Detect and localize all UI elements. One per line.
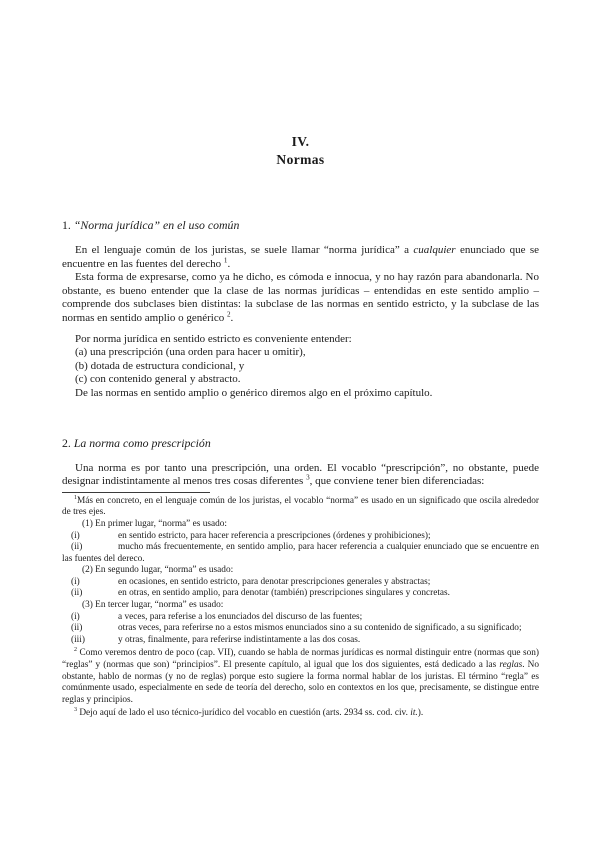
chapter-title: Normas — [62, 151, 539, 169]
list-line: (b) dotada de estructura condicional, y — [62, 360, 539, 374]
footnote-sub-heading: (3) En tercer lugar, “norma” es usado: — [62, 600, 539, 612]
footnote: 3 Dejo aquí de lado el uso técnico-juríd… — [62, 708, 539, 720]
footnote-item-marker: (iii) — [71, 635, 118, 647]
footnote-sub-heading: (2) En segundo lugar, “norma” es usado: — [62, 565, 539, 577]
footnote-sub-item: (ii)otras veces, para referirse no a est… — [62, 623, 539, 635]
footnotes: 1Más en concreto, en el lenguaje común d… — [62, 496, 539, 720]
section-1-title: “Norma jurídica” en el uso común — [74, 218, 240, 232]
footnote-separator-rule — [62, 492, 210, 493]
footnote-reference: 2 — [74, 647, 77, 653]
footnote-sub-item: (iii)y otras, finalmente, para referirse… — [62, 635, 539, 647]
emphasized-text: reglas — [499, 660, 522, 670]
section-1-heading: 1.“Norma jurídica” en el uso común — [62, 218, 539, 232]
page-content: IV. Normas 1.“Norma jurídica” en el uso … — [62, 0, 539, 720]
section-1-number: 1. — [62, 218, 71, 232]
footnote-reference: 1 — [224, 256, 228, 264]
footnote-item-marker: (i) — [71, 577, 118, 589]
section-2-heading: 2.La norma como prescripción — [62, 436, 539, 450]
footnote-item-marker: (ii) — [71, 542, 118, 554]
footnote-item-marker: (ii) — [71, 588, 118, 600]
footnote: 2 Como veremos dentro de poco (cap. VII)… — [62, 648, 539, 706]
footnote-sub-item: (ii)mucho más frecuentemente, en sentido… — [62, 542, 539, 565]
footnote-reference: 3 — [74, 707, 77, 713]
section-2-title: La norma como prescripción — [74, 436, 211, 450]
section-2-body: Una norma es por tanto una prescripción,… — [62, 462, 539, 489]
footnote-item-marker: (ii) — [71, 623, 118, 635]
paragraph: Esta forma de expresarse, como ya he dic… — [62, 271, 539, 325]
emphasized-text: cualquier — [413, 244, 455, 256]
footnote-reference: 3 — [306, 473, 310, 481]
footnote-sub-item: (ii)en otras, en sentido amplio, para de… — [62, 588, 539, 600]
section-2-number: 2. — [62, 436, 71, 450]
paragraph: En el lenguaje común de los juristas, se… — [62, 244, 539, 271]
footnote-sub-item: (i)en ocasiones, en sentido estricto, pa… — [62, 577, 539, 589]
footnote-reference: 1 — [74, 495, 77, 501]
chapter-heading: IV. Normas — [62, 133, 539, 169]
footnote-reference: 2 — [227, 310, 231, 318]
list-line: (a) una prescripción (una orden para hac… — [62, 346, 539, 360]
list-line: (c) con contenido general y abstracto. — [62, 373, 539, 387]
footnote-sub-item: (i)en sentido estricto, para hacer refer… — [62, 531, 539, 543]
footnote-sub-heading: (1) En primer lugar, “norma” es usado: — [62, 519, 539, 531]
footnote: 1Más en concreto, en el lenguaje común d… — [62, 496, 539, 519]
footnote-item-marker: (i) — [71, 531, 118, 543]
document-page: IV. Normas 1.“Norma jurídica” en el uso … — [0, 0, 599, 848]
section-1-body: En el lenguaje común de los juristas, se… — [62, 244, 539, 401]
list-line: De las normas en sentido amplio o genéri… — [62, 387, 539, 401]
paragraph: Una norma es por tanto una prescripción,… — [62, 462, 539, 489]
footnote-sub-item: (i)a veces, para referise a los enunciad… — [62, 612, 539, 624]
footnote-item-marker: (i) — [71, 612, 118, 624]
emphasized-text: it. — [410, 708, 418, 718]
list-line: Por norma jurídica en sentido estricto e… — [62, 333, 539, 347]
chapter-number: IV. — [62, 133, 539, 151]
